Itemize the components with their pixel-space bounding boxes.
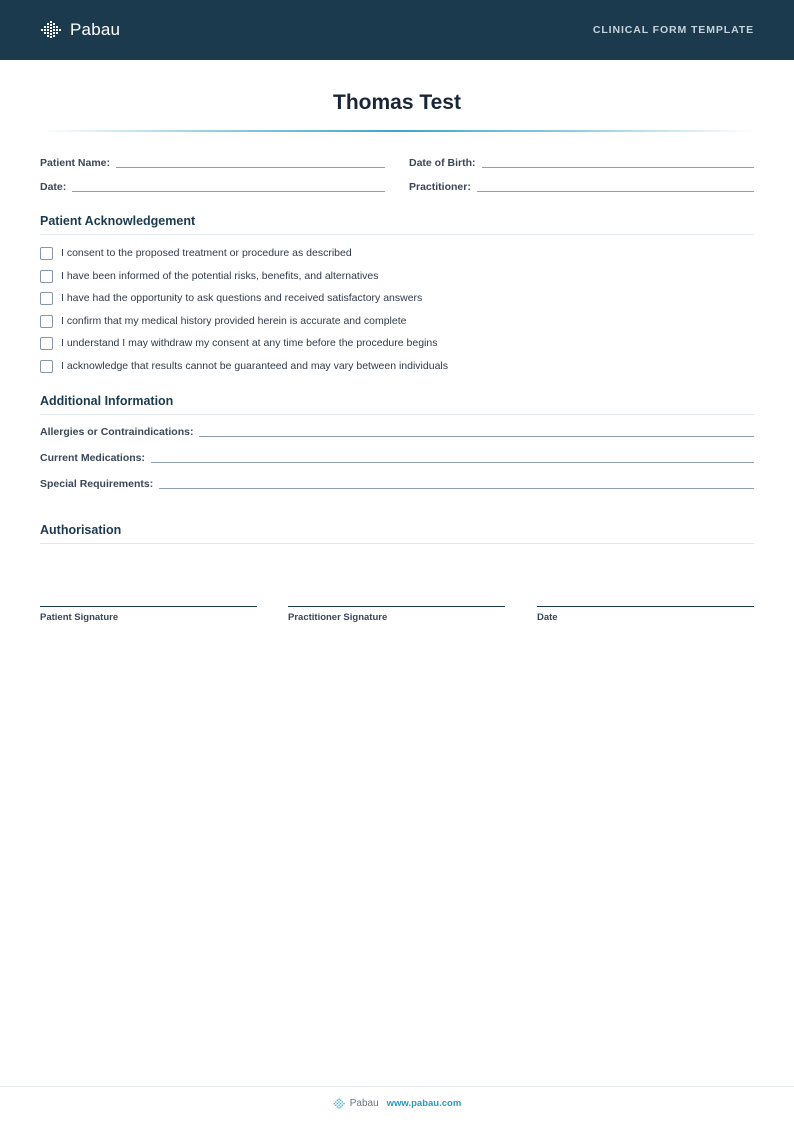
- consent-checkbox-item[interactable]: I have been informed of the potential ri…: [40, 269, 379, 283]
- signature-line[interactable]: [537, 606, 754, 607]
- medications-field[interactable]: Current Medications:: [40, 450, 754, 464]
- patient-name-label: Patient Name:: [40, 157, 110, 169]
- medications-input-line[interactable]: [151, 462, 754, 463]
- practitioner-signature-block[interactable]: Practitioner Signature: [288, 606, 505, 623]
- document-title: Thomas Test: [0, 91, 794, 115]
- title-divider: [40, 130, 754, 132]
- allergies-input-line[interactable]: [199, 436, 754, 437]
- checkbox-label: I have been informed of the potential ri…: [61, 270, 379, 282]
- footer-brand: Pabau: [333, 1098, 379, 1109]
- date-field[interactable]: Date:: [40, 179, 385, 193]
- checkbox[interactable]: [40, 360, 53, 373]
- practitioner-field[interactable]: Practitioner:: [409, 179, 754, 193]
- section-divider: [40, 543, 754, 544]
- brand: Pabau: [40, 20, 120, 40]
- checkbox-label: I acknowledge that results cannot be gua…: [61, 360, 448, 372]
- special-requirements-input-line[interactable]: [159, 488, 754, 489]
- practitioner-input-line[interactable]: [477, 191, 754, 192]
- special-requirements-label: Special Requirements:: [40, 478, 153, 490]
- footer-brand-name: Pabau: [350, 1098, 379, 1109]
- checkbox-label: I consent to the proposed treatment or p…: [61, 247, 352, 259]
- signature-label: Patient Signature: [40, 612, 257, 623]
- consent-checkbox-item[interactable]: I consent to the proposed treatment or p…: [40, 246, 352, 260]
- patient-name-input-line[interactable]: [116, 167, 385, 168]
- pabau-logo-icon: [40, 20, 64, 40]
- brand-name: Pabau: [70, 20, 120, 40]
- consent-checkbox-item[interactable]: I acknowledge that results cannot be gua…: [40, 359, 448, 373]
- checkbox[interactable]: [40, 270, 53, 283]
- allergies-field[interactable]: Allergies or Contraindications:: [40, 424, 754, 438]
- signature-line[interactable]: [288, 606, 505, 607]
- section-divider: [40, 234, 754, 235]
- signature-label: Date: [537, 612, 754, 623]
- page-header: Pabau CLINICAL FORM TEMPLATE: [0, 0, 794, 60]
- special-requirements-field[interactable]: Special Requirements:: [40, 476, 754, 490]
- form-type-tag: CLINICAL FORM TEMPLATE: [593, 24, 754, 36]
- checkbox-label: I understand I may withdraw my consent a…: [61, 337, 437, 349]
- date-label: Date:: [40, 181, 66, 193]
- date-of-birth-label: Date of Birth:: [409, 157, 476, 169]
- date-of-birth-field[interactable]: Date of Birth:: [409, 155, 754, 169]
- footer-divider: [0, 1086, 794, 1087]
- section-title-authorisation: Authorisation: [40, 523, 121, 537]
- section-title-additional: Additional Information: [40, 394, 173, 408]
- date-input-line[interactable]: [72, 191, 385, 192]
- checkbox[interactable]: [40, 292, 53, 305]
- footer-website-link[interactable]: www.pabau.com: [387, 1098, 462, 1109]
- signature-label: Practitioner Signature: [288, 612, 505, 623]
- checkbox-label: I confirm that my medical history provid…: [61, 315, 407, 327]
- section-title-acknowledgement: Patient Acknowledgement: [40, 214, 195, 228]
- pabau-logo-icon: [333, 1098, 346, 1109]
- checkbox-label: I have had the opportunity to ask questi…: [61, 292, 422, 304]
- checkbox[interactable]: [40, 337, 53, 350]
- medications-label: Current Medications:: [40, 452, 145, 464]
- patient-name-field[interactable]: Patient Name:: [40, 155, 385, 169]
- signature-line[interactable]: [40, 606, 257, 607]
- consent-checkbox-item[interactable]: I have had the opportunity to ask questi…: [40, 291, 422, 305]
- section-divider: [40, 414, 754, 415]
- practitioner-label: Practitioner:: [409, 181, 471, 193]
- page-footer: Pabau www.pabau.com: [0, 1098, 794, 1109]
- checkbox[interactable]: [40, 315, 53, 328]
- consent-checkbox-item[interactable]: I understand I may withdraw my consent a…: [40, 336, 437, 350]
- consent-checkbox-item[interactable]: I confirm that my medical history provid…: [40, 314, 407, 328]
- allergies-label: Allergies or Contraindications:: [40, 426, 193, 438]
- checkbox[interactable]: [40, 247, 53, 260]
- date-signature-block[interactable]: Date: [537, 606, 754, 623]
- date-of-birth-input-line[interactable]: [482, 167, 755, 168]
- patient-signature-block[interactable]: Patient Signature: [40, 606, 257, 623]
